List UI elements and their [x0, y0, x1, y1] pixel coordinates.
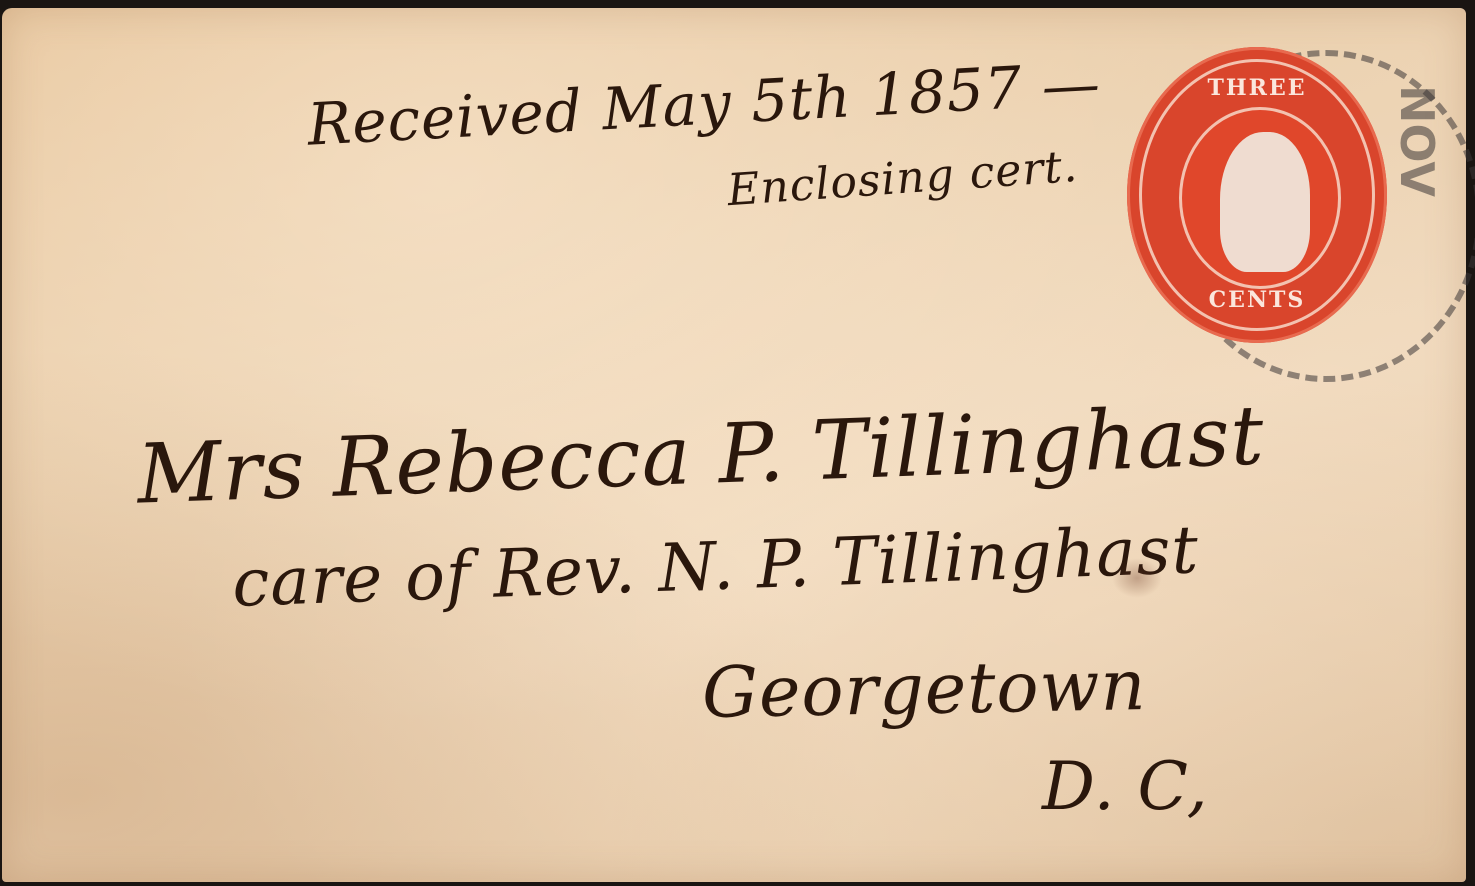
- address-line-3: Georgetown: [701, 644, 1147, 734]
- address-line-4: D. C,: [1042, 748, 1209, 825]
- embossed-stamp: THREE CENTS: [1127, 47, 1387, 343]
- stamp-top-text: THREE: [1127, 75, 1387, 101]
- portrait-bust-icon: [1220, 132, 1310, 272]
- address-line-2: care of Rev. N. P. Tillinghast: [231, 511, 1200, 622]
- docket-line-1: Received May 5th 1857 —: [306, 49, 1103, 158]
- ink-smudge: [1112, 558, 1162, 598]
- postmark-text: NOV: [1390, 85, 1444, 197]
- address-line-1: Mrs Rebecca P. Tillinghast: [136, 388, 1266, 522]
- stamp-bottom-text: CENTS: [1127, 287, 1387, 313]
- stamp-medallion: [1179, 107, 1341, 289]
- docket-line-2: Enclosing cert.: [726, 141, 1080, 216]
